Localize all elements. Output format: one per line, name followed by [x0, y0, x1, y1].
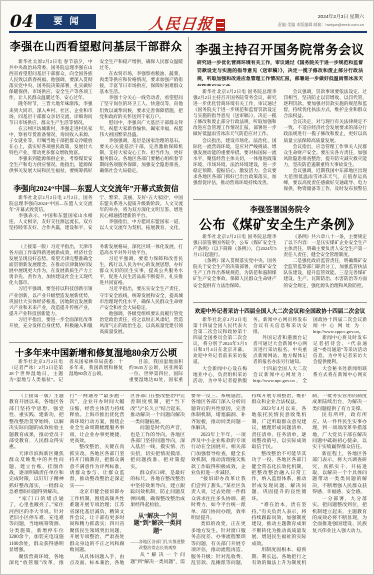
header-rule	[9, 31, 367, 33]
left-rule-2	[9, 342, 183, 343]
article-body-journalists: 新华社北京2月2日电 第十四届全国人民代表大会第二次会议和政协第十四届全国委员会…	[193, 317, 367, 386]
right-rule-1	[193, 199, 367, 200]
article-body-shanxi: 新华社太原2月2日电 春节前夕，中共中央政治局常委、国务院总理李强在山西省看望慰…	[9, 59, 183, 179]
bottom-feature-subhead: 从“解决一个问题”到“解决一类问题”	[130, 514, 185, 537]
headline-wetlands: 十多年来中国新增和修复湿地80余万公顷	[9, 346, 183, 359]
headline-state-council: 李强主持召开国务院常务会议	[193, 40, 367, 58]
right-rule-2	[193, 302, 367, 303]
article-body-bottom-feature: （上接第一版）主题教育开展以来，各地区各部门坚持学思想、强党性、重实践、建新功，…	[9, 394, 367, 570]
page-number: 04	[10, 12, 34, 32]
column-divider	[188, 37, 189, 386]
headline-asean: 李强向2024“中国—东盟人文交流年”开幕式致贺信	[9, 183, 183, 194]
bottom-feature-subnote: ——各地区各部门扎实推进整改整治常态长效观察	[130, 539, 185, 550]
article-body-page-one-jump: （上接第一版）习近平指出，天津市各方面工作取得新进展新成效，经济社会发展呈现良好…	[9, 244, 183, 339]
bottom-section-rule	[9, 390, 367, 391]
dateline-block: 2024年2月3日 星期六 责编·美编 本版编辑 邮箱：hwbyw@rmrb.c…	[278, 14, 364, 28]
edition-info-text: 责编·美编 本版编辑 邮箱：hwbyw@rmrb.com.cn	[278, 22, 364, 28]
headline-coal-decree: 公布《煤矿安全生产条例》	[193, 214, 367, 233]
deck-state-council: 研究进一步优化营商环境有关工作，审议通过《国务院关于进一步规范和监督罚款设定与实…	[197, 60, 363, 86]
section-label: 要闻	[36, 14, 96, 29]
article-body-coal-decree: 新华社北京2月2日电 国务院总理李强日前签署国务院令，公布《煤矿安全生产条例》（…	[193, 234, 367, 299]
date-text: 2024年2月3日 星期六	[278, 14, 364, 22]
headline-shanxi: 李强在山西看望慰问基层干部群众	[9, 38, 183, 54]
article-body-wetlands: 新华社北京2月2日电（记者严冰）2月2日是第28个世界湿地日，主题为“湿地与人类…	[9, 359, 183, 387]
left-rule-1	[9, 239, 183, 240]
newspaper-page: 04 要闻 人民日报 2024年2月3日 星期六 责编·美编 本版编辑 邮箱：h…	[0, 0, 374, 575]
masthead-seal-icon	[216, 19, 225, 32]
headline-journalists: 欢迎中外记者采访十四届全国人大二次会议和全国政协十四届二次会议	[193, 307, 367, 315]
article-body-asean: 新华社北京2月2日电 2月2日，国务院总理李强向2024“中国—东盟人文交流年”…	[9, 195, 183, 235]
article-body-state-council: 新华社北京2月2日电 国务院总理李强2月2日主持召开国务院常务会议，研究进一步优…	[193, 89, 367, 195]
